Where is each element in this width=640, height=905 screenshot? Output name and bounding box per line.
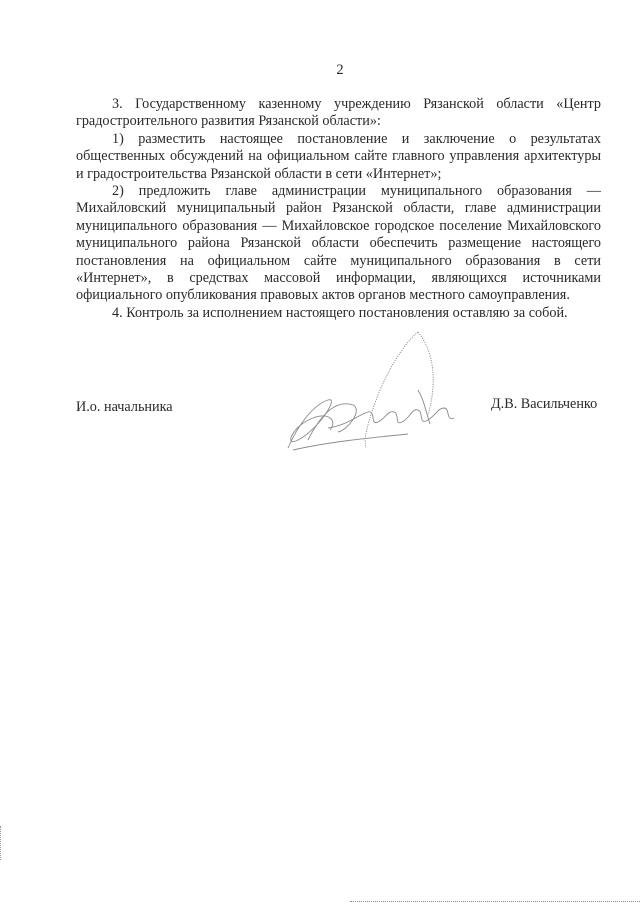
paragraph-3: 3. Государственному казенному учреждению… [76,96,601,131]
signatory-title: И.о. начальника [76,399,173,416]
document-page: 2 3. Государственному казенному учрежден… [0,0,640,905]
signatory-name: Д.В. Васильченко [491,396,597,413]
scan-artifact-bottom [350,901,640,904]
signature-icon [268,330,468,460]
paragraph-3-2: 2) предложить главе администрации муници… [76,183,601,305]
document-body: 3. Государственному казенному учреждению… [76,96,601,322]
paragraph-3-1: 1) разместить настоящее постановление и … [76,131,601,183]
page-number: 2 [0,62,640,79]
scan-artifact-left [0,826,3,860]
paragraph-4: 4. Контроль за исполнением настоящего по… [76,305,601,322]
